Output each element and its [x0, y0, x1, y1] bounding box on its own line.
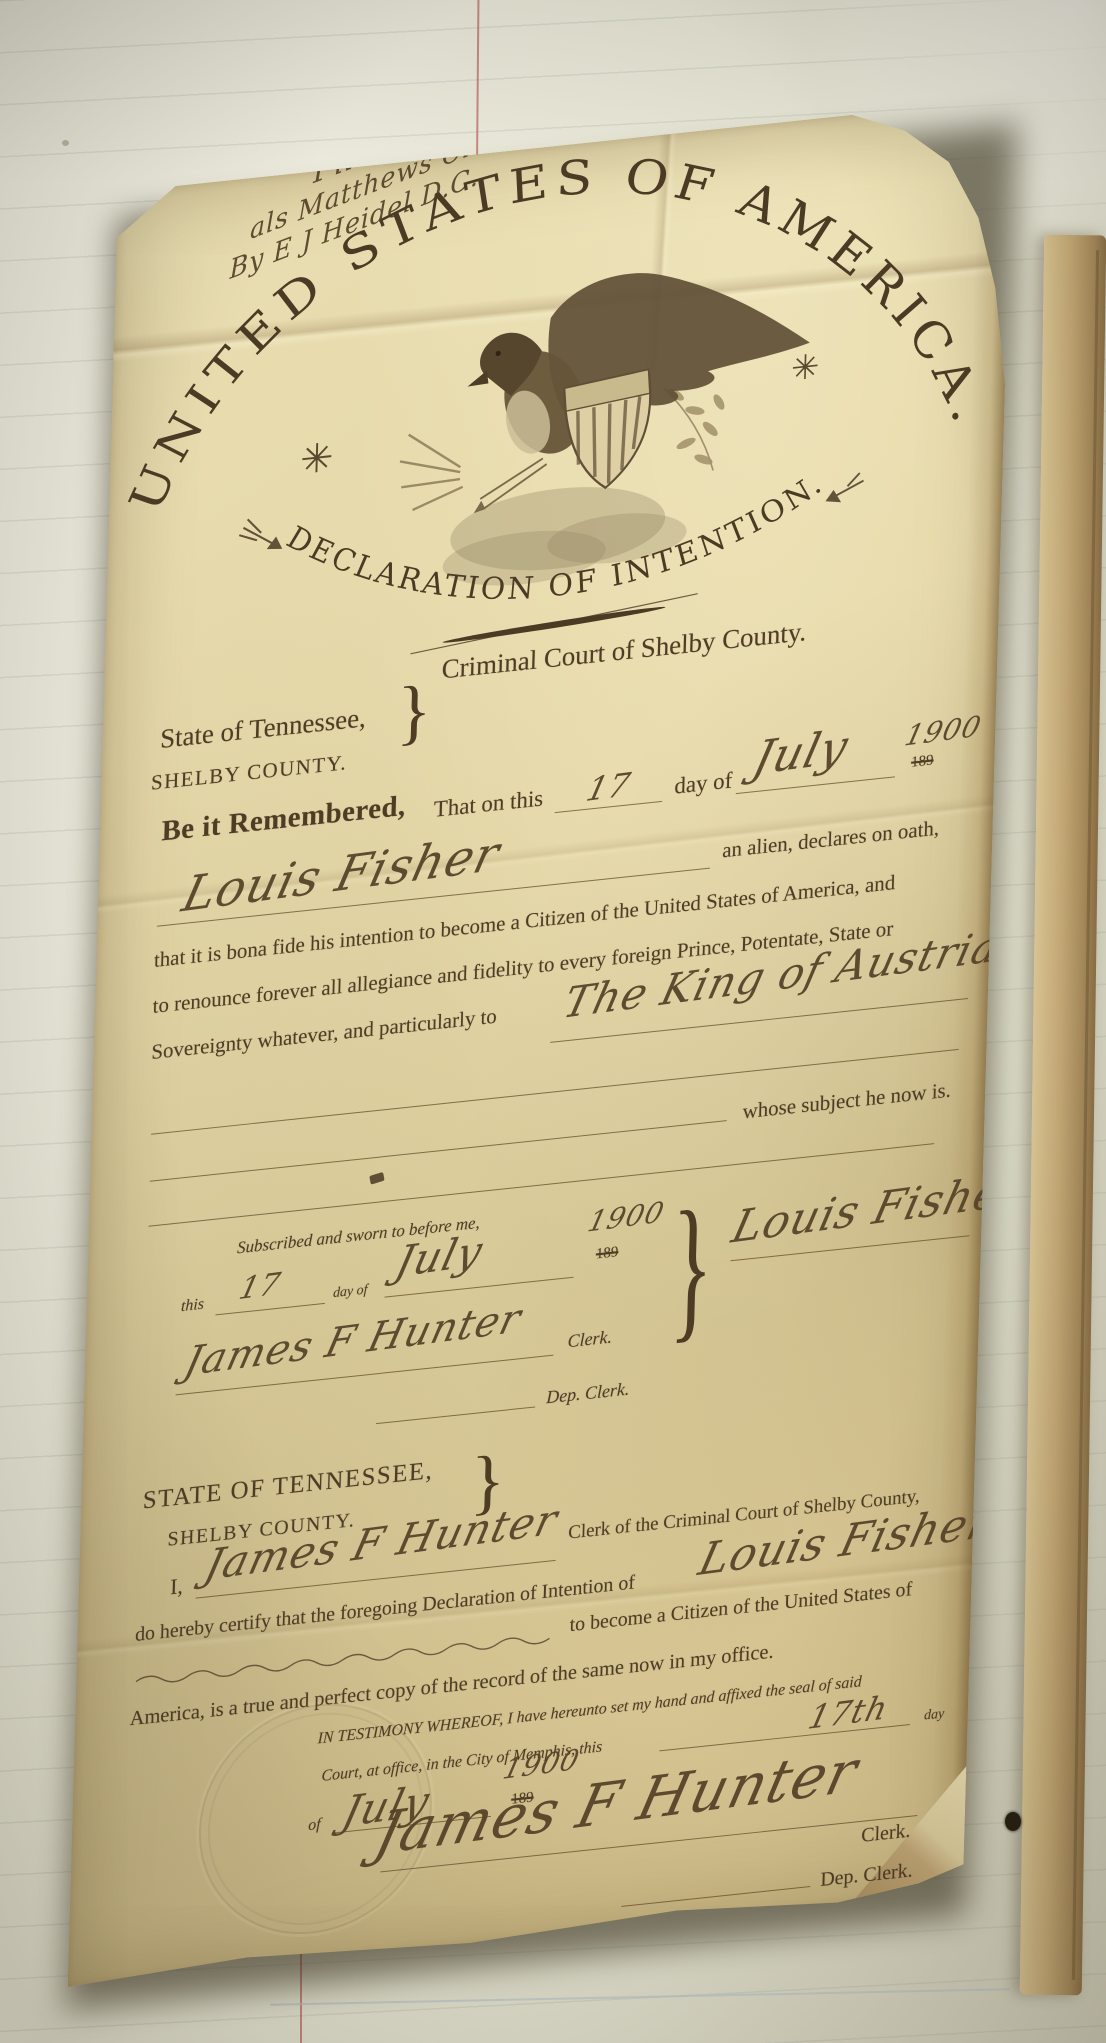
ink-dot [1005, 1812, 1021, 1831]
declaration-document: Filed apr 9/1910 als Matthews Clerk By E… [68, 98, 1013, 1987]
printed-year-struck: 189 [911, 752, 934, 771]
paper-speck [62, 140, 69, 146]
arrow-ornament-left [239, 516, 282, 552]
sub-printed-year-struck: 189 [596, 1244, 619, 1263]
eagle-beak [468, 370, 489, 386]
day-label: day [924, 1706, 945, 1724]
this-label: this [181, 1296, 205, 1316]
eagle-crest-illustration [396, 255, 812, 598]
star-left-icon: ✳ [299, 435, 334, 484]
subscription-brace: } [669, 1184, 715, 1348]
document-header-art: ✳ ✳ UNITED STATES OF AMERICA. DECLARATIO… [111, 111, 1004, 708]
shield [562, 369, 651, 492]
photo-of-declaration-document: Filed apr 9/1910 als Matthews Clerk By E… [0, 0, 1106, 2043]
star-right-icon: ✳ [790, 347, 819, 390]
caption-brace: } [396, 673, 432, 749]
of-label: of [308, 1816, 321, 1835]
arrow-ornament-right [827, 473, 864, 503]
ray-burst-left [399, 429, 465, 512]
ruled-line-bottom [270, 1988, 1010, 2005]
i-label: I, [170, 1573, 183, 1600]
